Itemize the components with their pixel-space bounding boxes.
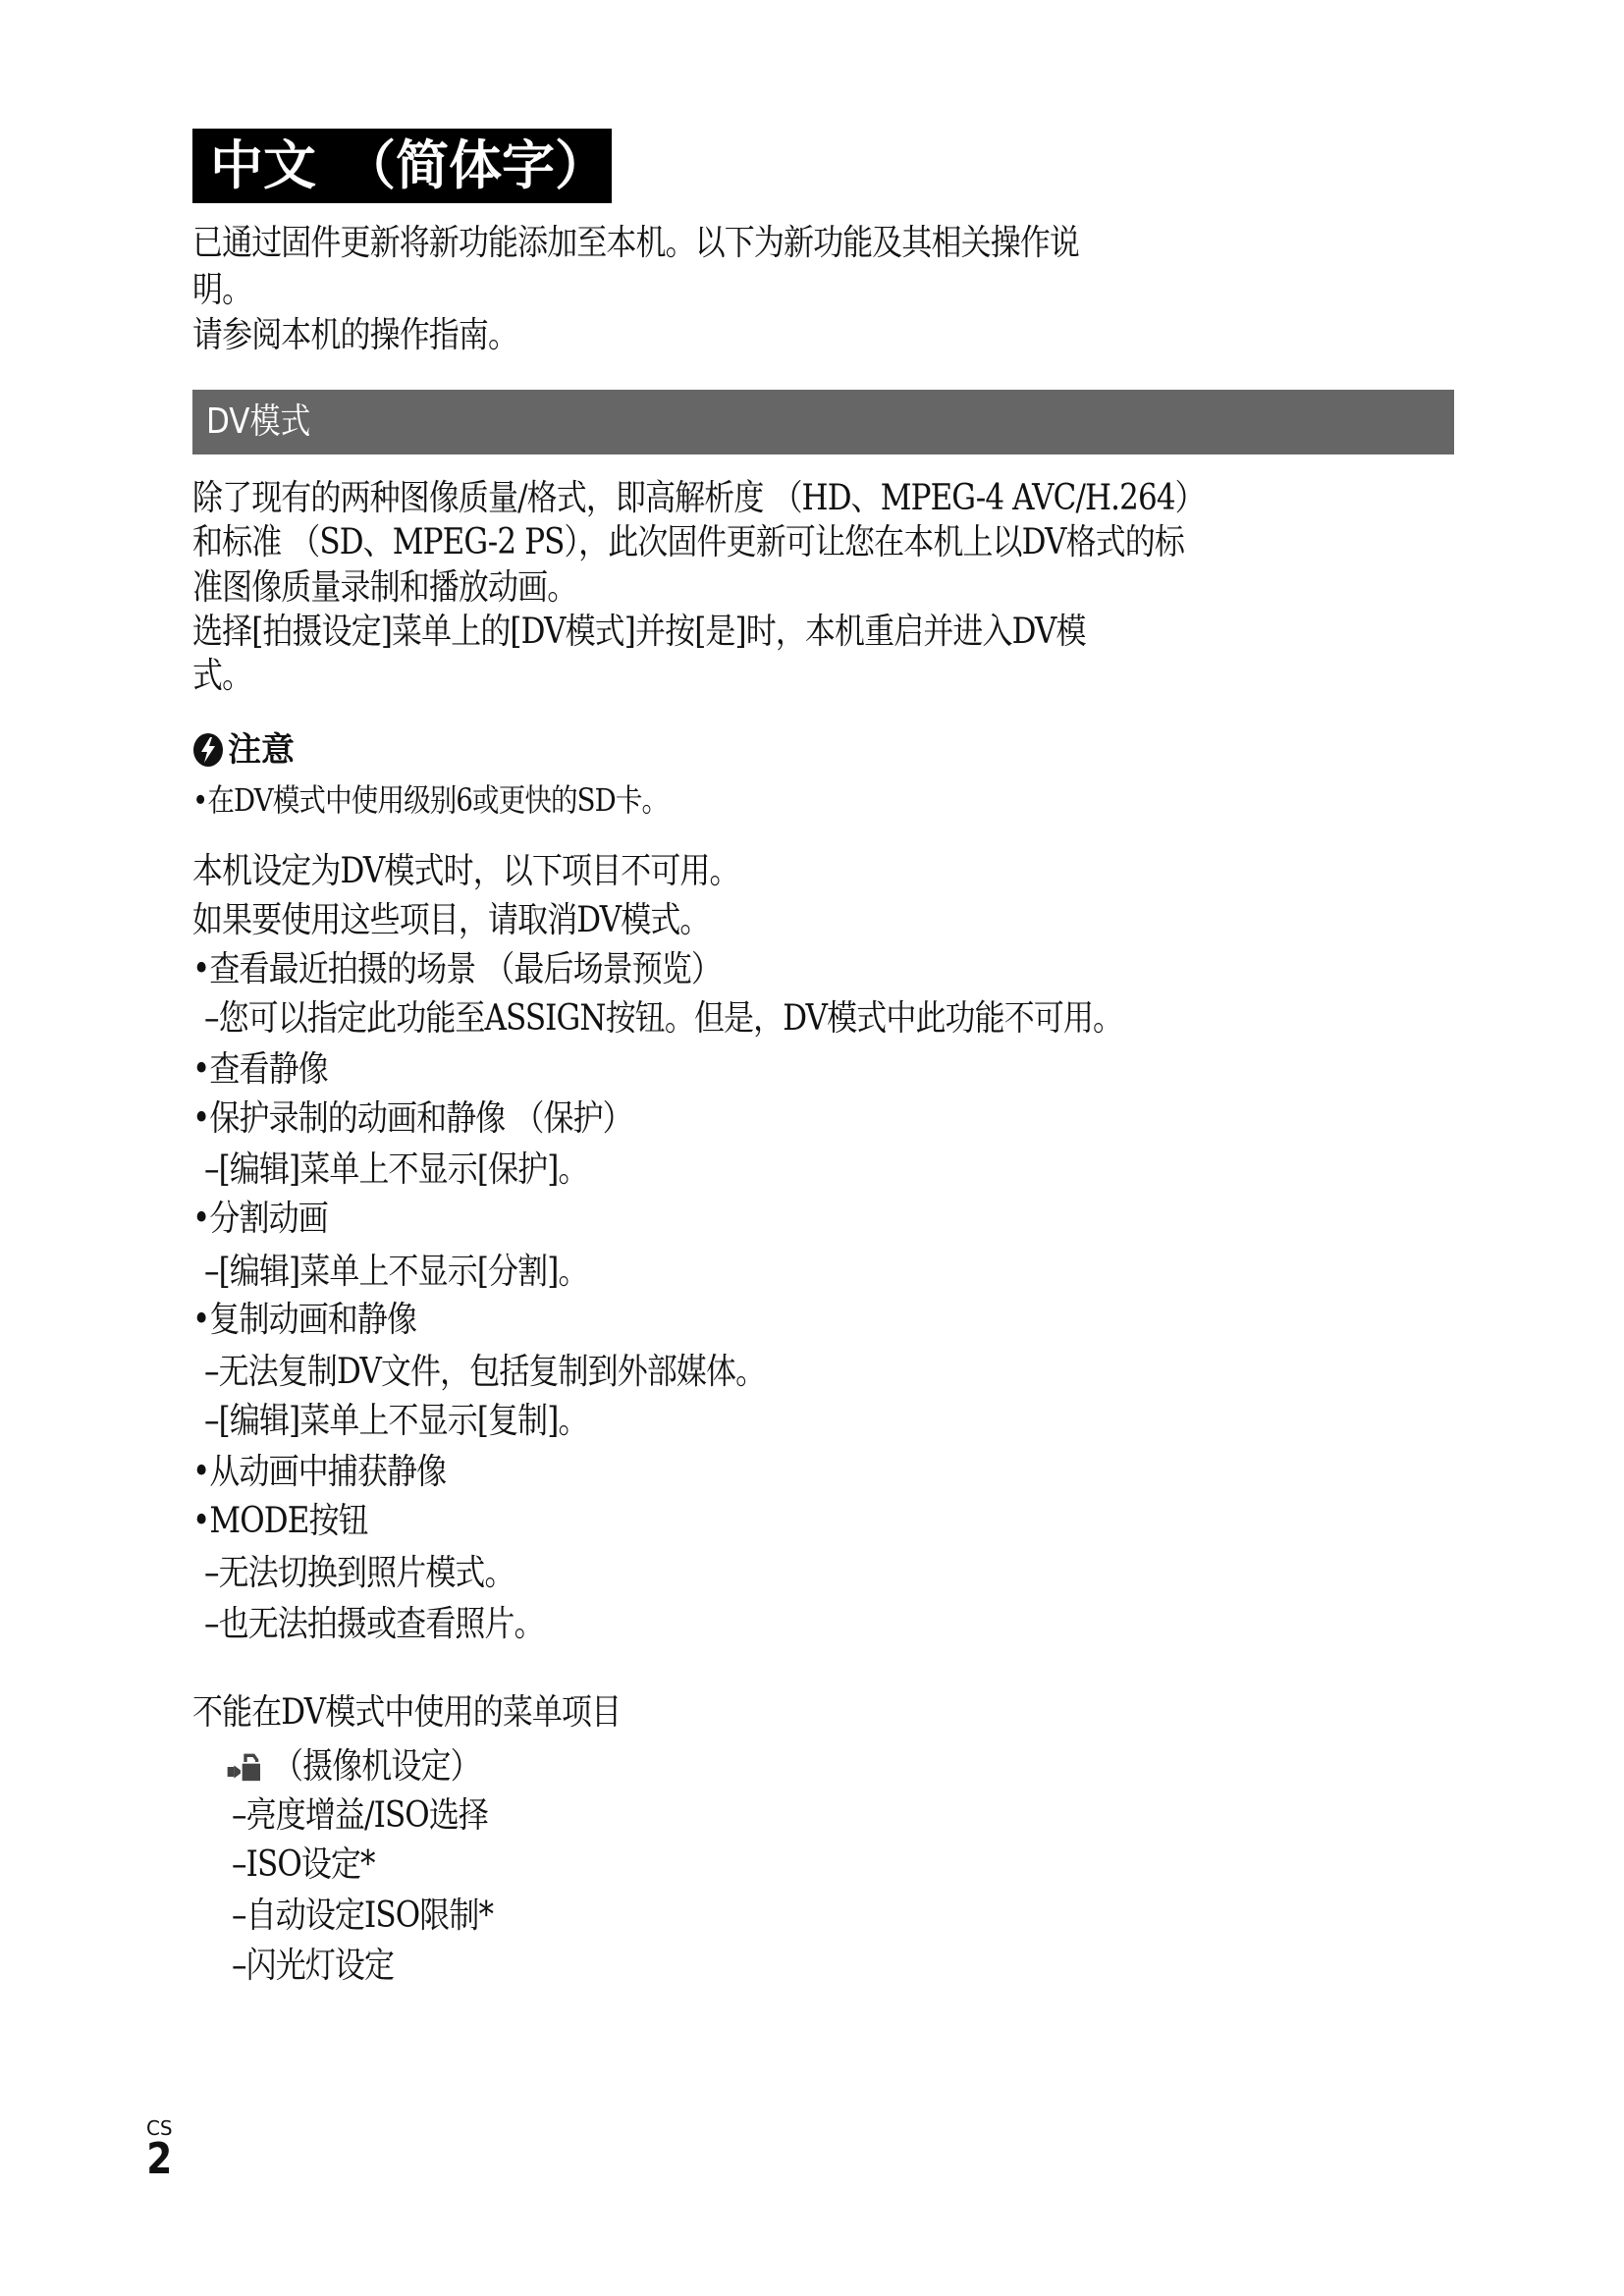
page-number-value: 2	[146, 2138, 172, 2181]
list-subitem: –您可以指定此功能至ASSIGN按钮。但是，DV模式中此功能不可用。	[204, 997, 1122, 1041]
list-item: •保护录制的动画和静像 （保护）	[192, 1097, 632, 1141]
menu-item: –ISO设定*	[232, 1843, 375, 1887]
list-item: •查看静像	[192, 1048, 328, 1092]
list-subitem: –[编辑]菜单上不显示[复制]。	[204, 1400, 588, 1443]
list-item: •分割动画	[192, 1198, 328, 1241]
warning-bolt-icon	[192, 732, 224, 768]
menu-item: –自动设定ISO限制*	[232, 1895, 493, 1938]
list-subitem: –也无法拍摄或查看照片。	[204, 1603, 544, 1646]
list-item: •复制动画和静像	[192, 1299, 416, 1342]
paragraph-line-3: 准图像质量录制和播放动画。	[192, 566, 576, 610]
list-subitem: –[编辑]菜单上不显示[分割]。	[204, 1251, 588, 1294]
language-title-text: 中文 （简体字）	[210, 134, 608, 196]
paragraph-line-4: 选择[拍摄设定]菜单上的[DV模式]并按[是]时，本机重启并进入DV模	[192, 611, 1086, 654]
list-item: •MODE按钮	[192, 1500, 368, 1543]
section-header-dv-mode: DV模式	[192, 390, 1454, 454]
paragraph-line-2: 和标准 （SD、MPEG-2 PS），此次固件更新可让您在本机上以DV格式的标	[192, 521, 1184, 564]
unavailable-intro-1: 本机设定为DV模式时，以下项目不可用。	[192, 850, 739, 893]
note-item: •在DV模式中使用级别6或更快的SD卡。	[192, 778, 668, 822]
paragraph-line-5: 式。	[192, 655, 251, 698]
note-heading-text: 注意	[228, 728, 295, 772]
intro-line-3: 请参阅本机的操作指南。	[192, 314, 517, 357]
menu-heading: 不能在DV模式中使用的菜单项目	[192, 1691, 621, 1735]
intro-line-2: 明。	[192, 269, 251, 312]
list-subitem: –[编辑]菜单上不显示[保护]。	[204, 1148, 588, 1192]
menu-item: –闪光灯设定	[232, 1945, 394, 1988]
list-item: •查看最近拍摄的场景 （最后场景预览）	[192, 948, 721, 991]
menu-group-label: （摄像机设定）	[273, 1745, 480, 1789]
camcorder-settings-icon	[224, 1752, 267, 1782]
menu-group-camera-settings: （摄像机设定）	[224, 1745, 514, 1789]
list-subitem: –无法复制DV文件，包括复制到外部媒体。	[204, 1351, 765, 1394]
list-item: •从动画中捕获静像	[192, 1451, 446, 1494]
note-heading: 注意	[192, 728, 295, 772]
section-title: DV模式	[206, 390, 310, 454]
language-title: 中文 （简体字）	[192, 129, 612, 203]
intro-line-1: 已通过固件更新将新功能添加至本机。以下为新功能及其相关操作说	[192, 222, 1079, 265]
menu-item: –亮度增益/ISO选择	[232, 1794, 488, 1838]
unavailable-intro-2: 如果要使用这些项目，请取消DV模式。	[192, 899, 710, 942]
page-number: CS 2	[144, 2118, 175, 2181]
paragraph-line-1: 除了现有的两种图像质量/格式，即高解析度 （HD、MPEG-4 AVC/H.26…	[192, 477, 1205, 520]
list-subitem: –无法切换到照片模式。	[204, 1552, 514, 1595]
